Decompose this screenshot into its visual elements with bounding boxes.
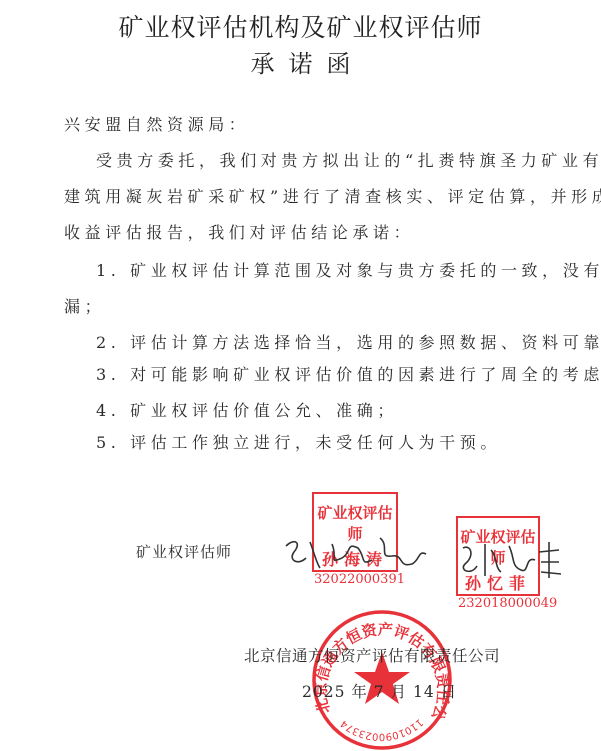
signature-label: 矿业权评估师 bbox=[136, 541, 232, 562]
commitment-4: 4. 矿业权评估价值公允、准确； bbox=[96, 398, 398, 421]
commitment-2: 2. 评估计算方法选择恰当，选用的参照数据、资料可靠； bbox=[96, 330, 601, 353]
document-title: 矿业权评估机构及矿业权评估师 bbox=[0, 8, 601, 44]
commitment-1: 1. 矿业权评估计算范围及对象与贵方委托的一致，没有重复和遗 bbox=[96, 258, 601, 281]
commitment-5: 5. 评估工作独立进行，未受任何人为干预。 bbox=[96, 430, 501, 453]
body-line-2: 建筑用凝灰岩矿采矿权”进行了清查核实、评定估算，并形成了出让 bbox=[64, 184, 601, 207]
document-subtitle: 承诺函 bbox=[0, 44, 601, 79]
company-name: 北京信通方恒资产评估有限责任公司 bbox=[244, 644, 500, 666]
signing-date: 2025 年 7 月 14 日 bbox=[302, 680, 457, 702]
commitment-3: 3. 对可能影响矿业权评估价值的因素进行了周全的考虑； bbox=[96, 362, 601, 385]
body-line-3: 收益评估报告，我们对评估结论承诺： bbox=[64, 220, 414, 243]
signature-1-icon bbox=[280, 528, 430, 578]
body-line-1: 受贵方委托，我们对贵方拟出让的“扎赉特旗圣力矿业有限公司 bbox=[96, 148, 601, 171]
commitment-1-cont: 漏； bbox=[64, 294, 105, 317]
addressee: 兴安盟自然资源局： bbox=[64, 112, 249, 135]
stamp-number: 232018000049 bbox=[458, 596, 538, 611]
signature-2-icon bbox=[455, 536, 575, 582]
